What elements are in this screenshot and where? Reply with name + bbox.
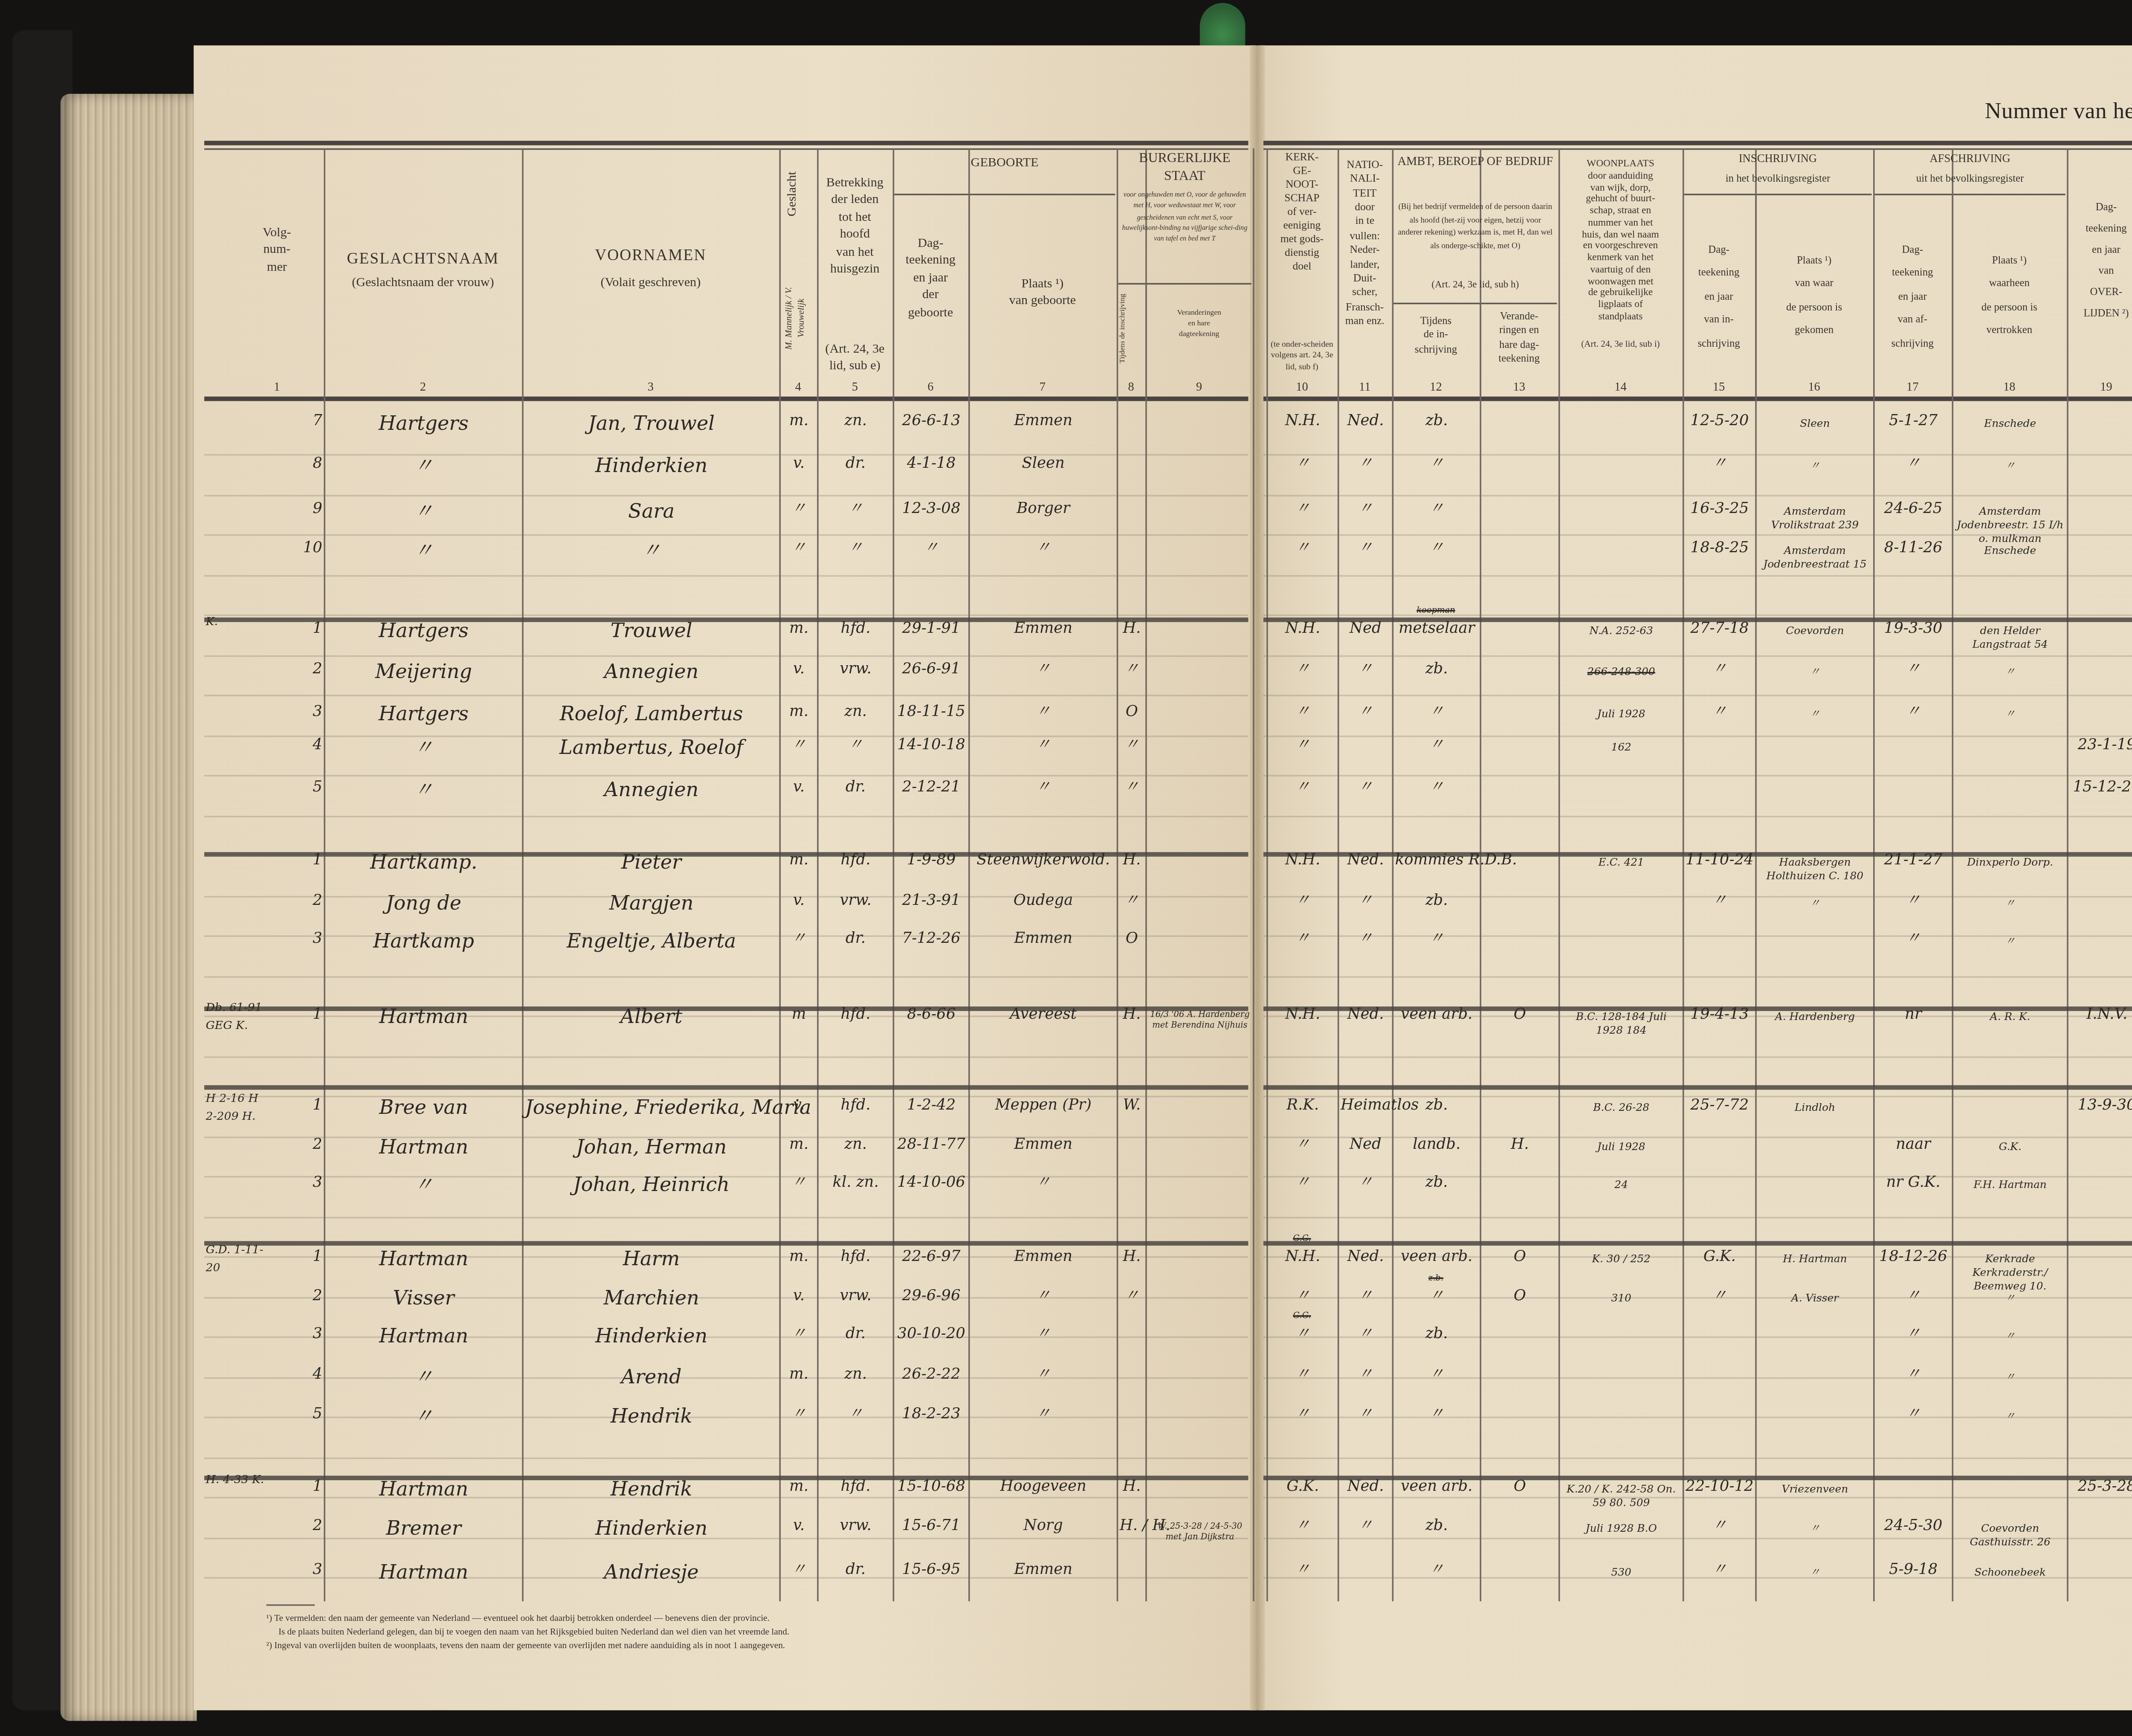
entry-surname: Hartman (327, 1480, 520, 1500)
header-line: geboorte (893, 304, 968, 322)
entry-given-names: Annegien (525, 781, 778, 800)
entry-occupation: zb. (1395, 1327, 1478, 1342)
entry-deregistration-date: 〃 (1876, 705, 1950, 720)
entry-registration-date: 19-4-13 (1686, 1008, 1754, 1023)
entry-nationality: Ned. (1341, 414, 1390, 429)
entry-birth-date: 1-2-42 (896, 1099, 967, 1114)
column-divider (1558, 148, 1560, 1601)
entry-volgnummer: 3 (269, 705, 322, 720)
entry-deregistration-date: naar (1876, 1138, 1950, 1153)
entry-birth-place: 〃 (971, 739, 1115, 754)
entry-church: 〃 (1269, 1408, 1336, 1423)
entry-surname: 〃 (327, 542, 520, 562)
entry-church: 〃 (1269, 705, 1336, 720)
header-line: vertrokken (1952, 320, 2067, 343)
entry-registration-origin: 〃 (1758, 898, 1871, 911)
header-group-inschrijving-sub: in het bevolkingsregister (1683, 173, 1873, 187)
household-margin-note: K. (206, 613, 266, 631)
entry-birth-place: Emmen (971, 1138, 1115, 1153)
header-line: mer (230, 259, 324, 276)
entry-death-date: 15-12-21 (2070, 781, 2132, 796)
column-divider (1873, 148, 1875, 1601)
entry-church: 〃 (1269, 895, 1336, 910)
ruled-line (204, 1457, 1248, 1458)
entry-surname: Meijering (327, 663, 520, 683)
entry-deregistration-date: 〃 (1876, 932, 1950, 947)
entry-civil-status: W. (1120, 1099, 1144, 1114)
header-woonplaats-art: (Art. 24, 3e lid, sub i) (1558, 339, 1683, 351)
entry-deregistration-date: 18-12-26 (1876, 1250, 1950, 1265)
entry-church: 〃 (1269, 1290, 1336, 1304)
entry-relation: 〃 (820, 502, 891, 517)
entry-occupation: zb. (1395, 663, 1478, 678)
entry-deregistration-destination: Amsterdam Jodenbreestr. 15 I/h o. mulkma… (1955, 505, 2065, 547)
entry-volgnummer: 9 (269, 502, 322, 517)
entry-occupation-change: O (1483, 1290, 1557, 1304)
entry-registration-origin: A. Visser (1758, 1293, 1871, 1306)
header-inschrijving-plaats: Plaats ¹)van waarde persoon isgekomen (1755, 250, 1873, 343)
header-line: ligplaats of (1558, 300, 1683, 312)
entry-relation: vrw. (820, 663, 891, 678)
entry-church: 〃 (1269, 1563, 1336, 1578)
entry-birth-place: 〃 (971, 1368, 1115, 1383)
entry-civil-status: 〃 (1120, 895, 1144, 910)
entry-registration-origin: 〃 (1758, 708, 1871, 722)
header-line: Tijdens (1392, 315, 1480, 329)
entry-sex: m. (782, 622, 816, 637)
entry-address: 162 (1561, 742, 1681, 755)
entry-relation: 〃 (820, 542, 891, 557)
entry-address: E.C. 421 (1561, 857, 1681, 870)
entry-given-names: Trouwel (525, 622, 778, 642)
ruled-line (204, 574, 1248, 576)
header-line: GESLACHTSNAAM (324, 250, 522, 271)
entry-surname: 〃 (327, 739, 520, 758)
header-line: Veranderingen (1145, 310, 1253, 321)
entry-civil-status: 〃 (1120, 663, 1144, 678)
entry-volgnummer: 1 (269, 854, 322, 869)
column-divider (2067, 148, 2068, 1601)
entry-volgnummer: 1 (269, 1250, 322, 1265)
header-ambt-art: (Art. 24, 3e lid, sub h) (1392, 280, 1558, 293)
entry-given-names: 〃 (525, 542, 778, 562)
header-woonplaats: WOONPLAATSdoor aanduidingvan wijk, dorp,… (1558, 159, 1683, 324)
entry-birth-place: Sleen (971, 457, 1115, 472)
entry-deregistration-destination: 〃 (1955, 1411, 2065, 1424)
header-line: in te (1338, 216, 1392, 230)
entry-address: N.A. 252-63 (1561, 625, 1681, 639)
entry-church: N.H. (1269, 854, 1336, 869)
entry-given-names: Sara (525, 502, 778, 522)
header-top-rule-right (1263, 141, 2132, 145)
header-line: schrijving (1683, 332, 1755, 356)
entry-relation: dr. (820, 1563, 891, 1578)
entry-church: N.H. (1269, 1008, 1336, 1023)
entry-sex: v. (782, 457, 816, 472)
header-line: Volg- (230, 224, 324, 241)
header-line: teekening (1480, 353, 1558, 367)
header-top-rule (204, 141, 1248, 145)
entry-given-names: Hendrik (525, 1480, 778, 1500)
entry-deregistration-destination: Coevorden Gasthuisstr. 26 (1955, 1523, 2065, 1551)
entry-occupation: 〃 (1395, 781, 1478, 796)
entry-church: 〃 (1269, 1138, 1336, 1153)
entry-church: 〃 (1269, 502, 1336, 517)
entry-sex: v. (782, 663, 816, 678)
entry-given-names: Annegien (525, 663, 778, 683)
header-line: Betrekking (817, 174, 892, 191)
header-line: Plaats ¹) (968, 275, 1117, 293)
entry-birth-place: Emmen (971, 622, 1115, 637)
entry-occupation-change: O (1483, 1008, 1557, 1023)
column-number: 18 (1952, 380, 2067, 394)
entry-deregistration-date: 5-1-27 (1876, 414, 1950, 429)
header-bs-tijdens: Tijdens de inschrijving (1120, 290, 1144, 366)
entry-birth-date: 2-12-21 (896, 781, 967, 796)
entry-address: 24 (1561, 1179, 1681, 1193)
ruled-line (204, 494, 1248, 496)
entry-birth-date: 4-1-18 (896, 457, 967, 472)
entry-relation: zn. (820, 1138, 891, 1153)
entry-birth-place: Steenwijkerwold. (971, 854, 1115, 869)
entry-registration-date: 〃 (1686, 705, 1754, 720)
binding-thread-icon (1200, 3, 1245, 48)
entry-civil-status: H. (1120, 1480, 1144, 1495)
column-number: 4 (779, 380, 817, 394)
entry-registration-origin: Vriezenveen (1758, 1483, 1871, 1497)
entry-registration-date: 11-10-24 (1686, 854, 1754, 869)
entry-church: 〃 (1269, 457, 1336, 472)
entry-sex: v. (782, 1099, 816, 1114)
entry-birth-place: Oudega (971, 895, 1115, 910)
entry-nationality: 〃 (1341, 502, 1390, 517)
entry-registration-origin: Amsterdam Vrolikstraat 239 (1758, 505, 1871, 533)
header-overlijden: Dag-teekeningen jaarvanOVER-LIJDEN ²) (2067, 197, 2132, 324)
entry-birth-place: Avereest (971, 1008, 1115, 1023)
header-line: de persoon is (1952, 296, 2067, 320)
entry-church: N.H. (1269, 1250, 1336, 1265)
entry-deregistration-date: 〃 (1876, 1408, 1950, 1423)
ruled-line (1263, 614, 2132, 616)
entry-church: 〃 (1269, 1519, 1336, 1534)
header-betrekking: Betrekkingder ledentot hethoofdvan hethu… (817, 174, 892, 278)
entry-deregistration-date: 24-5-30 (1876, 1519, 1950, 1534)
entry-relation: hfd. (820, 622, 891, 637)
entry-nationality: 〃 (1341, 781, 1390, 796)
column-divider (1338, 148, 1339, 1601)
entry-deregistration-destination: 〃 (1955, 1330, 2065, 1344)
header-burgerlijke-staat-note: voor ongehuwden met O, voor de gehuwden … (1120, 189, 1250, 245)
header-bottom-rule-right (1263, 397, 2132, 401)
household-margin-note: H 2-16 H 2-209 H. (206, 1090, 266, 1126)
header-line: SCHAP (1266, 192, 1338, 206)
entry-surname: Jong de (327, 895, 520, 914)
entry-volgnummer: 7 (269, 414, 322, 429)
page-edges-stack (61, 94, 197, 1721)
entry-registration-date: 〃 (1686, 663, 1754, 678)
ruled-line (1263, 1457, 2132, 1458)
entry-given-names: Marchien (525, 1290, 778, 1309)
entry-registration-date: G.K. (1686, 1250, 1754, 1265)
header-nationaliteit: NATIO-NALI-TEITdoorin tevullen:Neder-lan… (1338, 159, 1392, 329)
entry-surname: Hartgers (327, 705, 520, 725)
header-line: vullen: (1338, 230, 1392, 244)
entry-occupation: landb. (1395, 1138, 1478, 1153)
entry-deregistration-date: 〃 (1876, 895, 1950, 910)
header-voornamen-note: (Volait geschreven) (522, 274, 779, 291)
entry-deregistration-destination: A. R. K. (1955, 1011, 2065, 1025)
entry-surname: Hartman (327, 1250, 520, 1270)
entry-volgnummer: 4 (269, 739, 322, 754)
entry-address: 310 (1561, 1293, 1681, 1306)
entry-sex: 〃 (782, 502, 816, 517)
header-line: WOONPLAATS (1558, 159, 1683, 171)
header-line: en jaar (1683, 286, 1755, 309)
entry-deregistration-destination: 〃 (1955, 1293, 2065, 1306)
entry-given-names: Josephine, Friederika, Maria (525, 1099, 778, 1119)
entry-occupation: 〃 (1395, 1368, 1478, 1383)
entry-nationality: Ned (1341, 1138, 1390, 1153)
entry-relation: hfd. (820, 1250, 891, 1265)
header-line: huisgezin (817, 261, 892, 278)
entry-deregistration-date: 〃 (1876, 1368, 1950, 1383)
entry-nationality: Ned. (1341, 1008, 1390, 1023)
ruled-line (1263, 975, 2132, 977)
entry-occupation: 〃 (1395, 457, 1478, 472)
header-geslachtsnaam: GESLACHTSNAAM (324, 250, 522, 271)
entry-given-names: Hinderkien (525, 1327, 778, 1347)
entry-registration-origin: 〃 (1758, 1523, 1871, 1536)
header-line: teekening (1683, 262, 1755, 286)
header-group-ambt: AMBT, BEROEP OF BEDRIJF (1392, 154, 1558, 171)
header-line: GE- (1266, 165, 1338, 179)
entry-sex: v. (782, 895, 816, 910)
entry-deregistration-destination: Dinxperlo Dorp. (1955, 857, 2065, 870)
header-line: Verande- (1480, 310, 1558, 325)
entry-birth-date: 18-11-15 (896, 705, 967, 720)
entry-registration-origin: H. Hartman (1758, 1253, 1871, 1267)
ruled-line (1263, 1216, 2132, 1218)
header-kerk-note: (te onder-scheiden volgens art. 24, 3e l… (1266, 341, 1338, 374)
entry-registration-date: 27-7-18 (1686, 622, 1754, 637)
column-number: 10 (1266, 380, 1338, 394)
entry-surname: 〃 (327, 1408, 520, 1427)
header-line: Plaats ¹) (1952, 250, 2067, 273)
entry-sex: m. (782, 854, 816, 869)
entry-birth-date: 1-9-89 (896, 854, 967, 869)
header-line: vaartuig of den (1558, 265, 1683, 277)
header-line: woonwagen met (1558, 276, 1683, 288)
header-line: door (1338, 201, 1392, 215)
entry-church: 〃 (1269, 739, 1336, 754)
ledger-scan: Nummer van het blad 12345678910111213141… (0, 0, 2132, 1736)
entry-given-names: Johan, Heinrich (525, 1176, 778, 1196)
entry-civil-status: H. (1120, 854, 1144, 869)
entry-sex: m. (782, 414, 816, 429)
column-number: 11 (1338, 380, 1392, 394)
entry-relation: dr. (820, 457, 891, 472)
header-geslachtsnaam-note: (Geslachtsnaam der vrouw) (324, 274, 522, 291)
column-divider (779, 148, 781, 1601)
column-number: 15 (1683, 380, 1755, 394)
entry-church-note: G.G. (1269, 1235, 1335, 1244)
entry-birth-place: 〃 (971, 542, 1115, 557)
entry-given-names: Hinderkien (525, 1519, 778, 1539)
entry-sex: m. (782, 705, 816, 720)
entry-occupation-change: O (1483, 1480, 1557, 1495)
header-line: Duit- (1338, 272, 1392, 286)
entry-occupation: zb. (1395, 1099, 1478, 1114)
entry-given-names: Hendrik (525, 1408, 778, 1427)
entry-surname: Hartman (327, 1327, 520, 1347)
column-number: 17 (1873, 380, 1952, 394)
header-line: van (2067, 260, 2132, 281)
entry-sex: 〃 (782, 739, 816, 754)
header-line: schrijving (1873, 332, 1952, 356)
header-line: kenmerk van het (1558, 253, 1683, 265)
entry-registration-date: 18-8-25 (1686, 542, 1754, 557)
entry-church: 〃 (1269, 542, 1336, 557)
entry-registration-origin: Amsterdam Jodenbreestraat 15 (1758, 545, 1871, 573)
entry-sex: v. (782, 1519, 816, 1534)
entry-death-date: 25-3-28 (2070, 1480, 2132, 1495)
entry-relation: hfd. (820, 1480, 891, 1495)
header-line: de in- (1392, 329, 1480, 343)
entry-nationality: 〃 (1341, 1290, 1390, 1304)
header-line: de persoon is (1755, 296, 1873, 320)
entry-civil-status: 〃 (1120, 781, 1144, 796)
header-line: van waar (1755, 273, 1873, 296)
entry-birth-date: 21-3-91 (896, 895, 967, 910)
entry-nationality: 〃 (1341, 663, 1390, 678)
entry-registration-origin: 〃 (1758, 666, 1871, 680)
header-top-rule-right-inner (1263, 148, 2132, 150)
entry-church: N.H. (1269, 414, 1336, 429)
ruled-line (204, 655, 1248, 656)
entry-given-names: Johan, Herman (525, 1138, 778, 1158)
entry-birth-place: 〃 (971, 663, 1115, 678)
entry-sex: v. (782, 1290, 816, 1304)
entry-nationality: 〃 (1341, 1368, 1390, 1383)
entry-registration-origin: A. Hardenberg (1758, 1011, 1871, 1025)
ruled-line (1263, 775, 2132, 777)
entry-deregistration-date: nr (1876, 1008, 1950, 1023)
header-line: Fransch- (1338, 301, 1392, 315)
entry-occupation: zb. (1395, 895, 1478, 910)
entry-sex: v. (782, 781, 816, 796)
entry-address: Juli 1928 (1561, 708, 1681, 722)
entry-church: 〃 (1269, 1327, 1336, 1342)
entry-birth-place: Hoogeveen (971, 1480, 1115, 1495)
entry-birth-date: 14-10-18 (896, 739, 967, 754)
entry-birth-date: 30-10-20 (896, 1327, 967, 1342)
header-line: ringen en (1480, 325, 1558, 339)
entry-given-names: Albert (525, 1008, 778, 1028)
entry-occupation: 〃 (1395, 1408, 1478, 1423)
entry-nationality: 〃 (1341, 1519, 1390, 1534)
entry-registration-date: 〃 (1686, 1563, 1754, 1578)
header-geslacht-legend: M. Mannelijk / V. Vrouwelijk (784, 272, 814, 363)
column-divider (1392, 148, 1394, 1601)
entry-occupation: 〃 (1395, 739, 1478, 754)
ruled-line (1263, 494, 2132, 496)
header-line: met gods- (1266, 233, 1338, 247)
entry-registration-date: 〃 (1686, 457, 1754, 472)
header-inschrijving-datum: Dag-teekeningen jaarvan in-schrijving (1683, 239, 1755, 356)
header-bs-veranderingen: Veranderingenen haredagteekening (1145, 310, 1253, 341)
column-number: 7 (968, 380, 1117, 394)
header-line: dienstig (1266, 247, 1338, 261)
entry-address: Juli 1928 B.O (1561, 1523, 1681, 1536)
entry-sex: 〃 (782, 932, 816, 947)
entry-surname: 〃 (327, 1176, 520, 1196)
ruled-line (204, 454, 1248, 456)
ruled-line (204, 975, 1248, 977)
entry-registration-origin: Lindloh (1758, 1102, 1871, 1116)
entry-registration-date: 〃 (1686, 1519, 1754, 1534)
header-line: man enz. (1338, 315, 1392, 329)
footnotes: ¹) Te vermelden: den naam der gemeente v… (266, 1614, 1023, 1655)
entry-given-names: Arend (525, 1368, 778, 1388)
header-voornamen: VOORNAMEN (522, 247, 779, 268)
header-line: tot het (817, 209, 892, 226)
entry-registration-origin: Sleen (1758, 418, 1871, 432)
entry-church: 〃 (1269, 663, 1336, 678)
entry-surname: Visser (327, 1290, 520, 1309)
entry-nationality: 〃 (1341, 1176, 1390, 1191)
header-line: nummer van het (1558, 217, 1683, 229)
entry-given-names: Harm (525, 1250, 778, 1270)
entry-volgnummer: 8 (269, 457, 322, 472)
header-group-afschrijving: AFSCHRIJVING (1873, 151, 2067, 167)
header-group-geboorte: GEBOORTE (893, 154, 1117, 172)
header-line: der leden (817, 191, 892, 209)
entry-relation: vrw. (820, 895, 891, 910)
header-kerkgenootschap: KERK-GE-NOOT-SCHAPof ver-eenigingmet god… (1266, 151, 1338, 274)
entry-nationality: Ned. (1341, 1480, 1390, 1495)
entry-nationality: 〃 (1341, 457, 1390, 472)
entry-birth-place: 〃 (971, 705, 1115, 720)
entry-birth-date: 26-2-22 (896, 1368, 967, 1383)
group-rule (1118, 283, 1251, 285)
entry-volgnummer: 1 (269, 622, 322, 637)
entry-sex: m. (782, 1368, 816, 1383)
entry-deregistration-destination: F.H. Hartman (1955, 1179, 2065, 1193)
entry-relation: 〃 (820, 739, 891, 754)
entry-address: B.C. 128-184 Juli 1928 184 (1561, 1011, 1681, 1039)
column-number: 13 (1480, 380, 1558, 394)
entry-birth-date: 28-11-77 (896, 1138, 967, 1153)
entry-occupation-struck: z.b. (1395, 1274, 1477, 1283)
header-line: OVER- (2067, 281, 2132, 303)
ruled-line (1263, 695, 2132, 696)
entry-given-names: Jan, Trouwel (525, 414, 778, 434)
entry-deregistration-date: 〃 (1876, 663, 1950, 678)
entry-occupation: kommies R.D.B. (1395, 854, 1478, 869)
entry-occupation: veen arb. (1395, 1008, 1478, 1023)
column-divider (893, 148, 895, 1601)
entry-nationality: Ned (1341, 622, 1390, 637)
entry-occupation: 〃 (1395, 502, 1478, 517)
entry-address: K. 30 / 252 (1561, 1253, 1681, 1267)
entry-nationality: Ned. (1341, 854, 1390, 869)
entry-occupation-change: O (1483, 1250, 1557, 1265)
entry-deregistration-date: 5-9-18 (1876, 1563, 1950, 1578)
entry-sex: 〃 (782, 1176, 816, 1191)
header-line: of ver- (1266, 206, 1338, 220)
entry-church: 〃 (1269, 1176, 1336, 1191)
entry-address: K.20 / K. 242-58 On. 59 80. 509 (1561, 1483, 1681, 1511)
